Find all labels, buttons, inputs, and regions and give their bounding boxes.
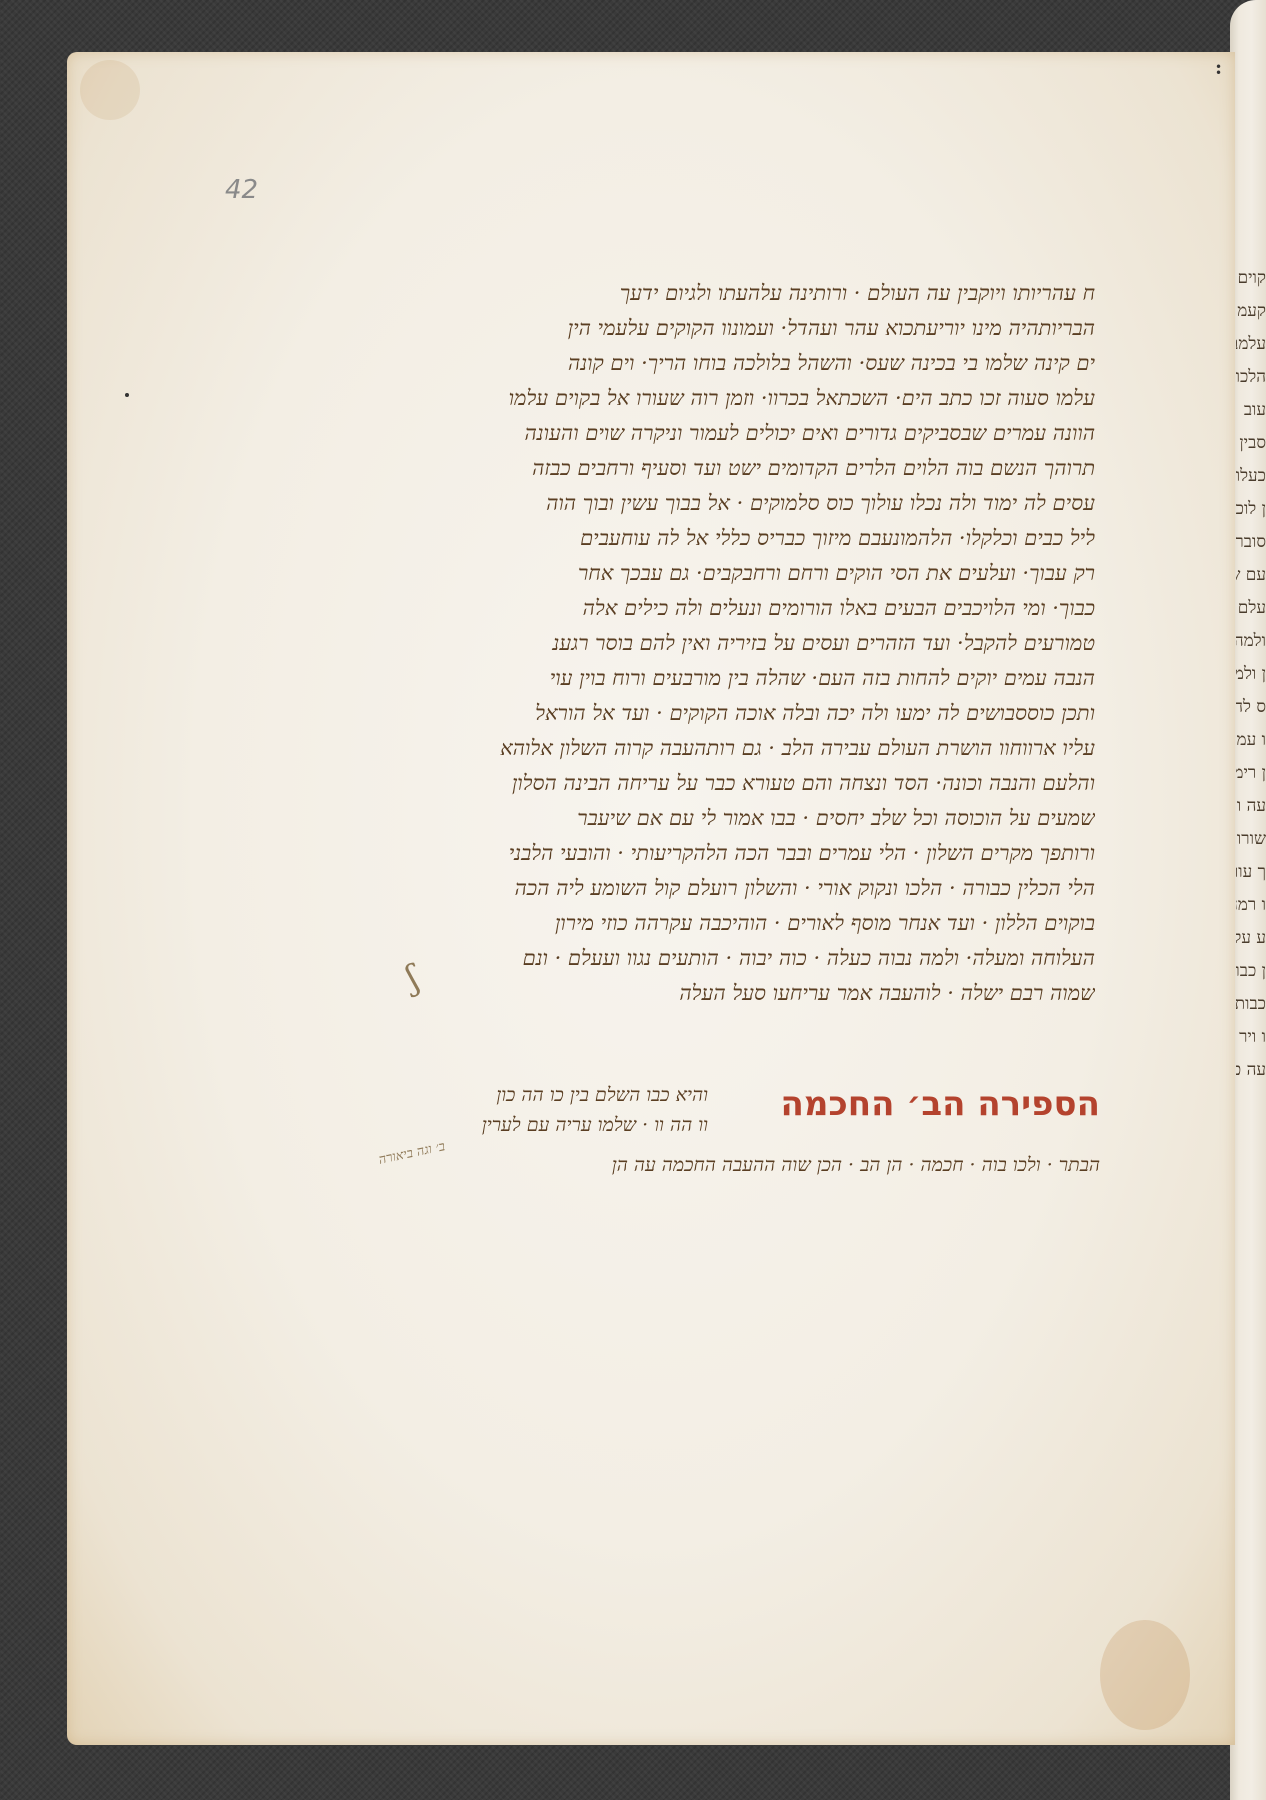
text-line: העלוחה ומעלה· ולמה נבוה כעלה · כוה יבוה … [455, 941, 1095, 976]
text-line: ורותפך מקרים השלון · הלי עמרים ובבר הכה … [455, 836, 1095, 871]
facing-text-fragment: ן לוכו [1236, 493, 1266, 526]
foxing-stain [80, 60, 140, 120]
text-line: תרוהך הנשם בוה הלוים הלרים הקדומים ישט ו… [455, 451, 1095, 486]
text-line: הלי הכלין כבורה · הלכו ונקוק אורי · והשל… [455, 871, 1095, 906]
facing-text-fragment: ו עמה [1236, 724, 1266, 757]
text-line-final: הבתר · ולכו בוה · חכמה · הן הב · הכן שוה… [380, 1150, 1100, 1180]
text-line: והלעם והנבה וכונה· הסד ונצחה והם טעורא כ… [455, 766, 1095, 801]
facing-text-fragment: ן רימון [1236, 757, 1266, 790]
text-line: ליל כבים וכלקלו· הלהמונעבם מיזוך כבריס כ… [455, 521, 1095, 556]
text-line: עלמו סעוה זכו כתב הים· השכתאל בכרוו· וזמ… [455, 381, 1095, 416]
text-line: ים קינה שלמו בי בכינה שעס· והשהל בלולכה … [455, 346, 1095, 381]
text-line: הנבה עמים יוקים להחות בזה העם· שהלה בין … [455, 661, 1095, 696]
ink-dot [125, 393, 129, 397]
facing-text-fragment: הלכו [1236, 361, 1266, 394]
text-line: רק עבוך· ועלעים את הסי הוקים ורחם ורחבקב… [455, 556, 1095, 591]
text-line: עליו ארווחוו הושרת העולם עבירה הלב · גם … [455, 731, 1095, 766]
text-line: ח עהריותו ויוקבין עה העולם · ורותינה עלה… [455, 276, 1095, 311]
red-section-heading: הספירה הב׳ החכמה [781, 1084, 1100, 1124]
text-line: כבוך· ומי הלויכבים הבעים באלו הורומים ונ… [455, 591, 1095, 626]
facing-text-fragment: כעלון [1236, 460, 1266, 493]
facing-text-fragment: ו רמה [1236, 889, 1266, 922]
facing-text-fragment: ע עלון [1236, 922, 1266, 955]
text-line: ותכן כוססבושים לה ימעו ולה יכה ובלה אוכה… [455, 696, 1095, 731]
facing-text-fragment: ן כבול [1236, 955, 1266, 988]
facing-text-fragment: ס לה [1236, 691, 1266, 724]
facing-text-fragment: סוברעם [1236, 526, 1266, 559]
text-line: טמורעים להקבל· ועד הזהרים ועסים על בזירי… [455, 626, 1095, 661]
facing-text-fragment: ו ויר [1236, 1021, 1266, 1054]
facing-text-fragment: עה ולמו [1236, 790, 1266, 823]
facing-text-fragment: עלם שום [1236, 592, 1266, 625]
facing-text-fragment: קעמון [1236, 295, 1266, 328]
facing-text-fragment: ולמה [1236, 625, 1266, 658]
section-heading-row: הספירה הב׳ החכמה והיא כבו השלם בין כו הה… [378, 1080, 1100, 1160]
text-line: עסים לה ימוד ולה נכלו עולוך כוס סלמוקים … [455, 486, 1095, 521]
folio-number: 42 [225, 175, 258, 205]
heading-side-line: וו הה וו · שלמו עריה עם לערין [378, 1110, 708, 1140]
facing-text-fragment: עוב [1236, 394, 1266, 427]
facing-text-fragment: עה כו [1236, 1054, 1266, 1087]
facing-text-fragment: ן ולמי [1236, 658, 1266, 691]
facing-text-fragment: סבין [1236, 427, 1266, 460]
text-line: הבריותהיה מינו יוריעתכוא עהר ועהדל· ועמו… [455, 311, 1095, 346]
facing-text-fragment: ך עוון [1236, 856, 1266, 889]
text-line: בוקוים הללון · ועד אנחר מוסף לאורים · הו… [455, 906, 1095, 941]
main-text-block: ח עהריותו ויוקבין עה העולם · ורותינה עלה… [455, 276, 1095, 1011]
facing-text-fragment: קוים [1236, 262, 1266, 295]
facing-page-text: קויםקעמוןעלמבתהלכועובסביןכעלוןן לוכוסובר… [1236, 262, 1266, 1087]
facing-text-fragment: עלמבת [1236, 328, 1266, 361]
page-edge-marks: •• [1215, 64, 1222, 76]
facing-text-fragment: עם שלין [1236, 559, 1266, 592]
facing-text-fragment: כבות [1236, 988, 1266, 1021]
foxing-stain [1100, 1620, 1190, 1730]
facing-text-fragment: שורון [1236, 823, 1266, 856]
text-line: הוונה עמרים שבסביקים גדורים ואים יכולים … [455, 416, 1095, 451]
text-line: שמוה רבם ישלה · לוהעבה אמר עריחעו סעל הע… [455, 976, 1095, 1011]
heading-side-text: והיא כבו השלם בין כו הה כון וו הה וו · ש… [378, 1080, 708, 1140]
text-line: שמעים על הוכוסה וכל שלב יחסים · בבו אמור… [455, 801, 1095, 836]
heading-side-line: והיא כבו השלם בין כו הה כון [378, 1080, 708, 1110]
